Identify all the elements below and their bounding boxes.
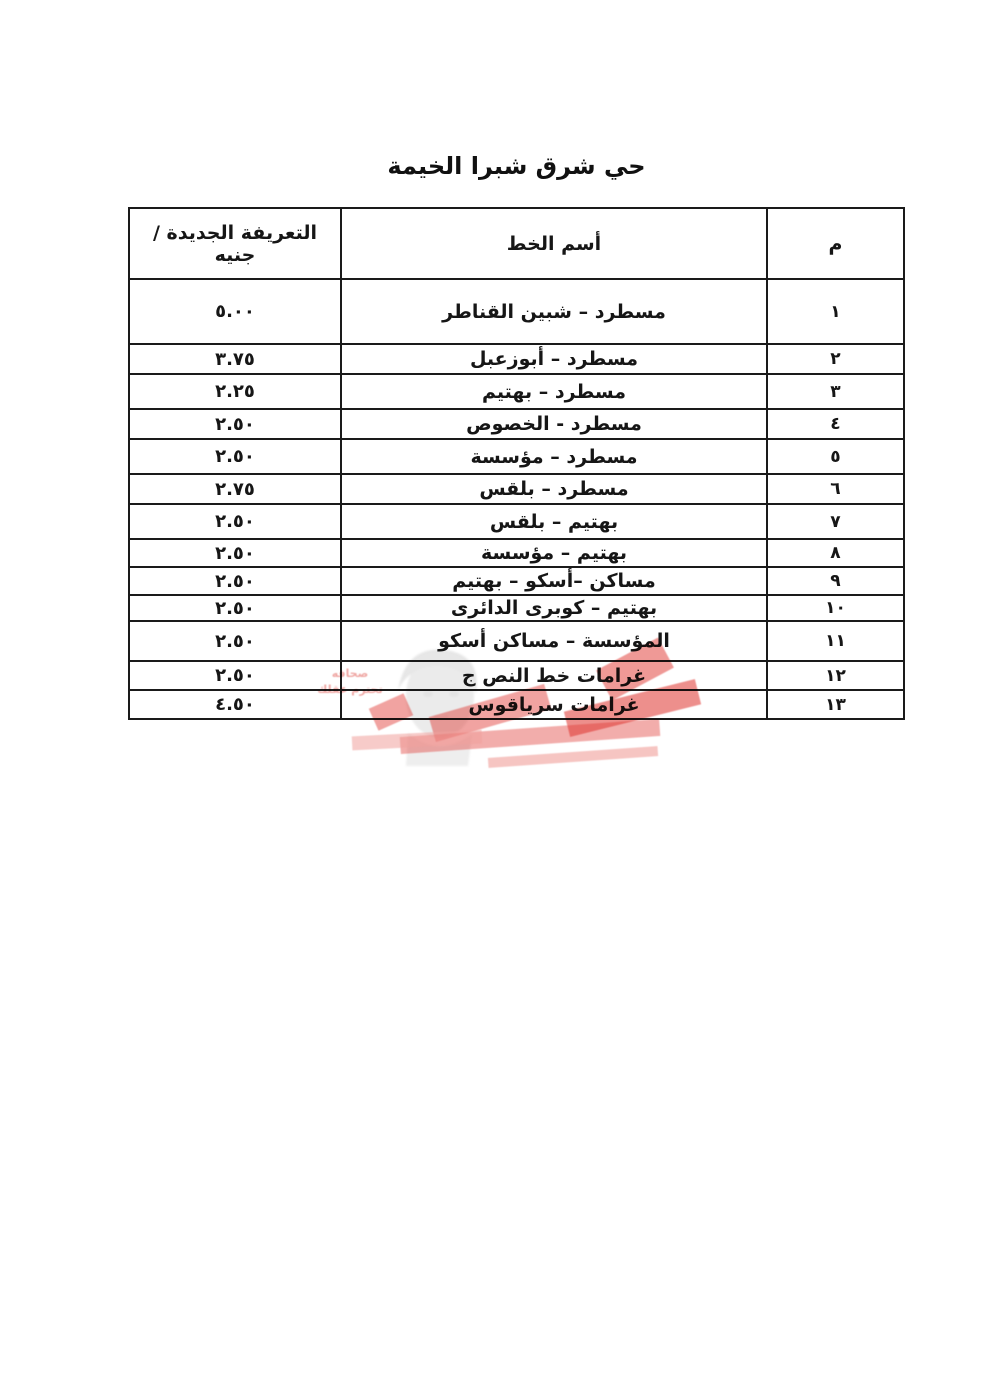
table-row: ١١المؤسسة – مساكن أسكو٢.٥٠ [129, 621, 904, 661]
row-index-cell: ٢ [767, 344, 904, 374]
tariff-cell: ٢.٥٠ [129, 409, 341, 439]
line-name-cell: المؤسسة – مساكن أسكو [341, 621, 767, 661]
row-index-cell: ٦ [767, 474, 904, 504]
line-name-cell: بهتيم – مؤسسة [341, 539, 767, 567]
table-row: ٥مسطرد – مؤسسة٢.٥٠ [129, 439, 904, 474]
table-row: ٨بهتيم – مؤسسة٢.٥٠ [129, 539, 904, 567]
table-row: ١٠بهتيم – كوبرى الدائرى٢.٥٠ [129, 595, 904, 621]
table-row: ٣مسطرد – بهتيم٢.٢٥ [129, 374, 904, 409]
row-index-cell: ١ [767, 279, 904, 344]
line-name-cell: مسطرد – أبوزعبل [341, 344, 767, 374]
row-index-cell: ٨ [767, 539, 904, 567]
tariff-cell: ٢.٥٠ [129, 567, 341, 595]
tariff-cell: ٢.٢٥ [129, 374, 341, 409]
red-stripe-icon [400, 719, 661, 754]
table-row: ٦مسطرد – بلقس٢.٧٥ [129, 474, 904, 504]
page-title: حي شرق شبرا الخيمة [128, 152, 905, 180]
row-index-cell: ١٣ [767, 690, 904, 719]
line-name-cell: مسطرد – بلقس [341, 474, 767, 504]
row-index-cell: ٩ [767, 567, 904, 595]
line-name-cell: غرامات سرياقوس [341, 690, 767, 719]
row-index-cell: ٧ [767, 504, 904, 539]
tariff-cell: ٢.٥٠ [129, 621, 341, 661]
tariff-cell: ٣.٧٥ [129, 344, 341, 374]
row-index-cell: ١٢ [767, 661, 904, 690]
tariff-column-header: التعريفة الجديدة / جنيه [129, 208, 341, 279]
table-row: ٤مسطرد - الخصوص٢.٥٠ [129, 409, 904, 439]
row-index-cell: ٣ [767, 374, 904, 409]
tariff-cell: ٢.٧٥ [129, 474, 341, 504]
line-name-cell: مساكن –أسكو – بهتيم [341, 567, 767, 595]
line-name-cell: غرامات خط النص ج [341, 661, 767, 690]
tariff-cell: ٢.٥٠ [129, 504, 341, 539]
line-name-cell: مسطرد - الخصوص [341, 409, 767, 439]
tariff-cell: ٤.٥٠ [129, 690, 341, 719]
table-row: ١مسطرد – شبين القناطر٥.٠٠ [129, 279, 904, 344]
table-row: ١٣غرامات سرياقوس٤.٥٠ [129, 690, 904, 719]
red-stripe-icon [488, 746, 658, 768]
document-page: صحافه تحترم عقلك حي شرق شبرا الخيمة م أس… [0, 0, 990, 1400]
row-index-cell: ١٠ [767, 595, 904, 621]
tariff-cell: ٢.٥٠ [129, 539, 341, 567]
tariff-cell: ٢.٥٠ [129, 439, 341, 474]
tariff-cell: ٢.٥٠ [129, 595, 341, 621]
tariff-table: م أسم الخط التعريفة الجديدة / جنيه ١مسطر… [128, 207, 905, 720]
table-row: ٧بهتيم – بلقس٢.٥٠ [129, 504, 904, 539]
row-index-cell: ١١ [767, 621, 904, 661]
index-column-header: م [767, 208, 904, 279]
row-index-cell: ٤ [767, 409, 904, 439]
row-index-cell: ٥ [767, 439, 904, 474]
table-row: ١٢غرامات خط النص ج٢.٥٠ [129, 661, 904, 690]
red-stripe-icon [352, 730, 483, 751]
line-name-cell: مسطرد – مؤسسة [341, 439, 767, 474]
table-row: ٩مساكن –أسكو – بهتيم٢.٥٠ [129, 567, 904, 595]
line-name-cell: مسطرد – بهتيم [341, 374, 767, 409]
header-row: م أسم الخط التعريفة الجديدة / جنيه [129, 208, 904, 279]
line-name-cell: بهتيم – كوبرى الدائرى [341, 595, 767, 621]
line-name-cell: بهتيم – بلقس [341, 504, 767, 539]
table-row: ٢مسطرد – أبوزعبل٣.٧٥ [129, 344, 904, 374]
tariff-cell: ٢.٥٠ [129, 661, 341, 690]
tariff-cell: ٥.٠٠ [129, 279, 341, 344]
line-name-cell: مسطرد – شبين القناطر [341, 279, 767, 344]
line-name-column-header: أسم الخط [341, 208, 767, 279]
